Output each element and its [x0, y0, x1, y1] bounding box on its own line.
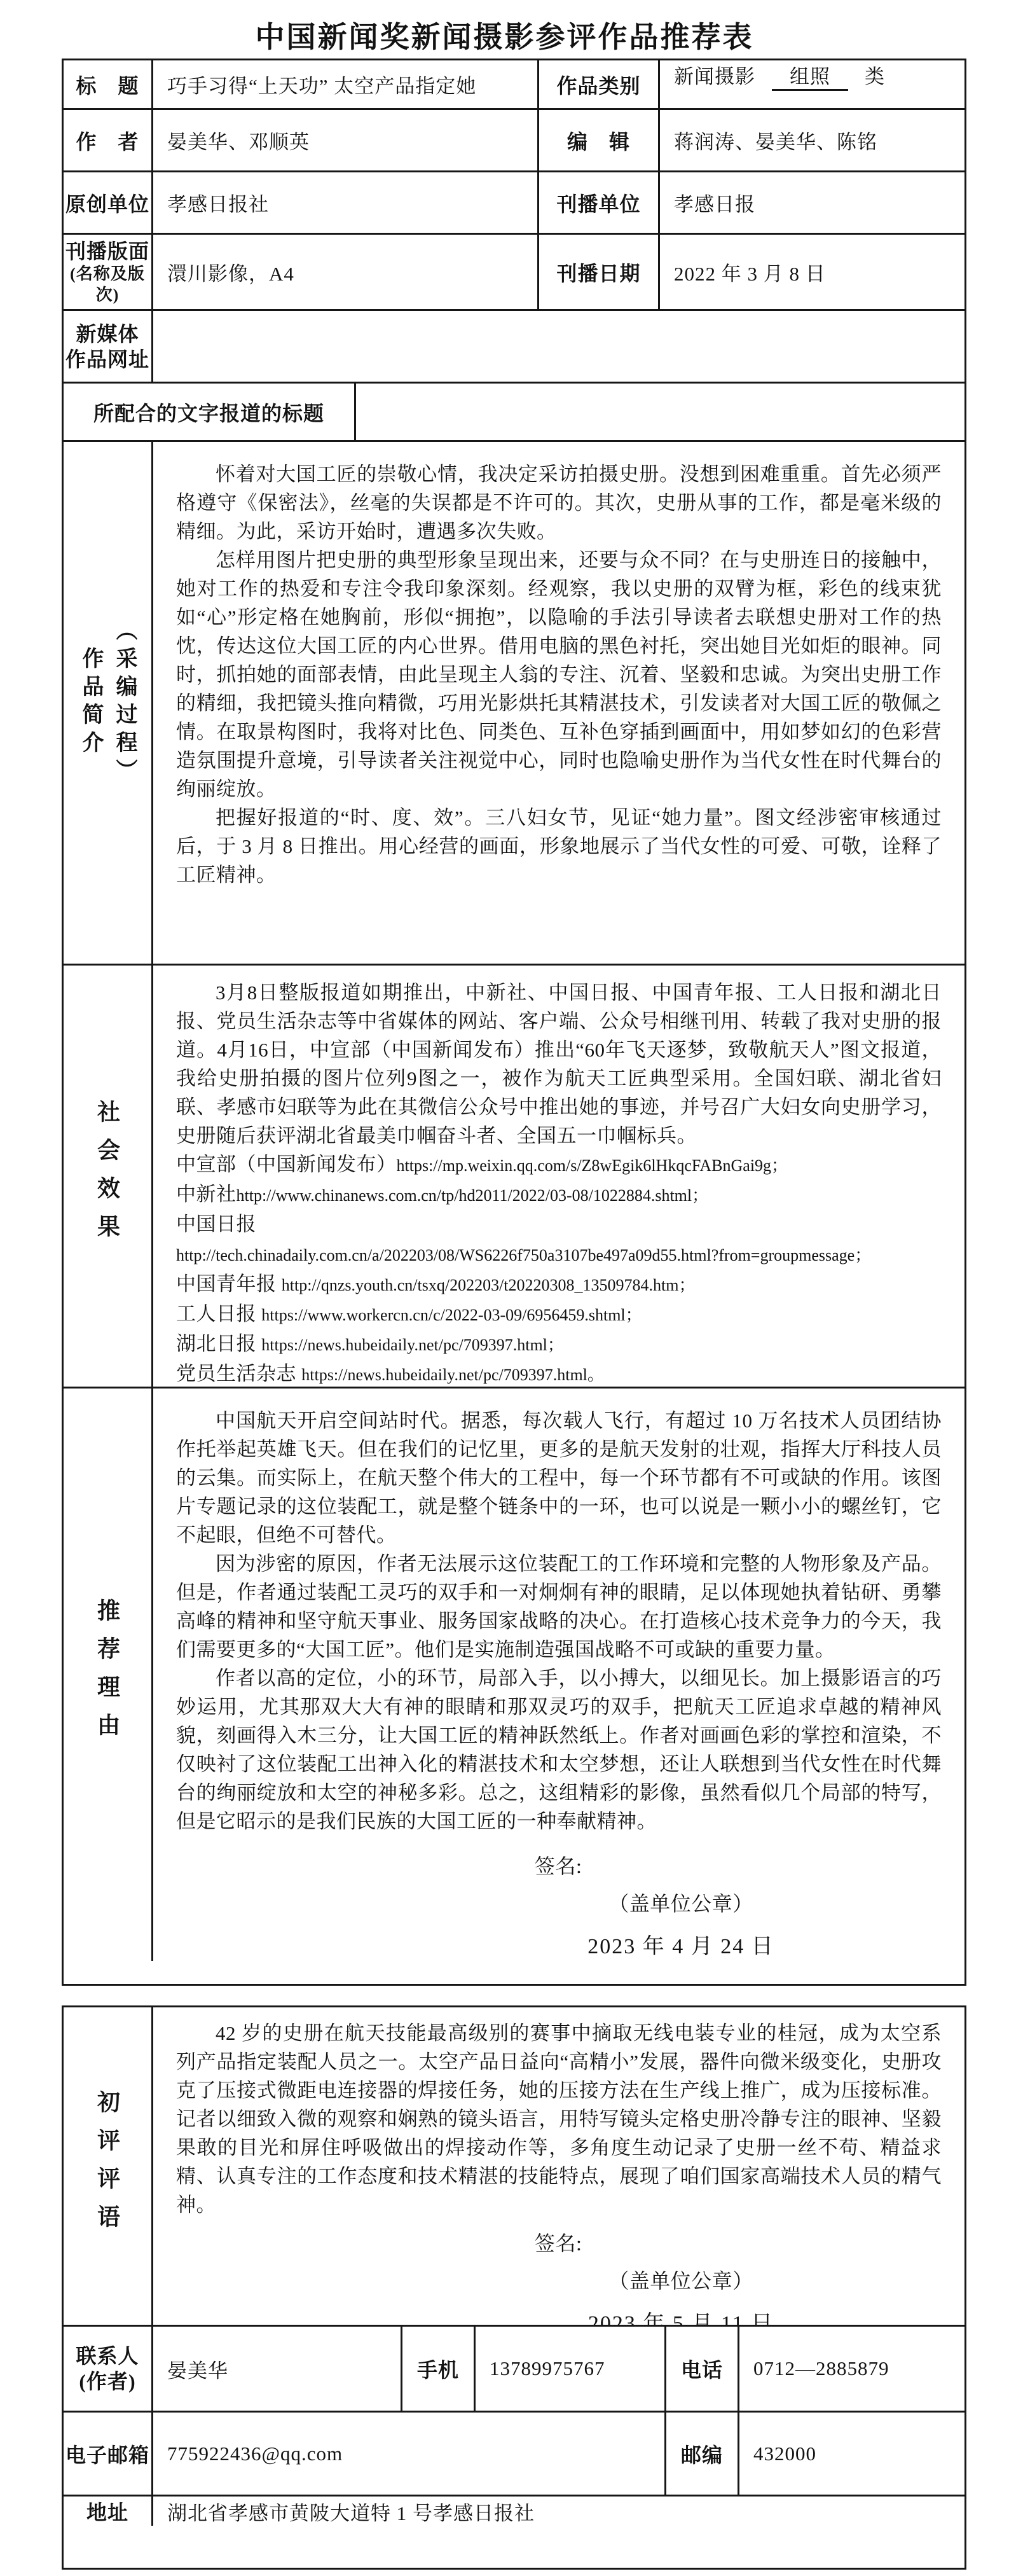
category-suffix: 类: [865, 60, 885, 89]
pub-date-value: 2022 年 3 月 8 日: [660, 235, 964, 309]
media-link-line: http://tech.chinadaily.com.cn/a/202203/0…: [176, 1240, 942, 1270]
media-link-url: https://news.hubeidaily.net/pc/709397.ht…: [261, 1336, 564, 1354]
signature-date: 2023 年 4 月 24 日: [535, 1932, 827, 1961]
newmedia-label-line1: 新媒体: [76, 321, 139, 347]
media-link-line: 湖北日报 https://news.hubeidaily.net/pc/7093…: [176, 1329, 942, 1359]
address-label: 地址: [64, 2496, 153, 2526]
recommendation-label-text: 推荐理由: [92, 1598, 124, 1751]
signature-label: 签名:: [535, 1852, 827, 1881]
editor-label: 编 辑: [539, 110, 660, 170]
row-newmedia: 新媒体 作品网址: [64, 311, 964, 384]
process-intro-paragraph: 怎样用图片把史册的典型形象呈现出来，还要与众不同？在与史册连日的接触中，她对工作…: [176, 546, 942, 803]
category-prefix: 新闻摄影: [674, 60, 755, 89]
media-link-url: http://www.chinanews.com.cn/tp/hd2011/20…: [237, 1186, 709, 1205]
media-link-line: 中国日报: [176, 1210, 942, 1240]
pub-unit-value: 孝感日报: [660, 172, 964, 233]
process-intro-label: 作品简介 （采编过程）: [64, 442, 153, 964]
zip-label: 邮编: [666, 2413, 739, 2495]
category-value: 新闻摄影 组照 类: [660, 60, 964, 108]
row-author: 作 者 晏美华、邓顺英 编 辑 蒋润涛、晏美华、陈铭: [64, 110, 964, 172]
media-link-label: 中宣部（中国新闻发布）: [176, 1153, 397, 1175]
author-value: 晏美华、邓顺英: [153, 110, 539, 170]
media-link-url: https://news.hubeidaily.net/pc/709397.ht…: [301, 1366, 604, 1384]
social-effect-label-text: 社会效果: [92, 1100, 124, 1252]
section-initial-review: 初评评语 42 岁的史册在航天技能最高级别的赛事中摘取无线电装专业的桂冠，成为太…: [64, 2007, 964, 2327]
media-link-label: 党员生活杂志: [176, 1362, 301, 1385]
section-social-effect: 社会效果 3月8日整版报道如期推出，中新社、中国日报、中国青年报、工人日报和湖北…: [64, 966, 964, 1388]
form-table-main: 标 题 巧手习得“上天功” 太空产品指定她 作品类别 新闻摄影 组照 类 作 者…: [62, 59, 966, 1986]
orig-unit-label: 原创单位: [64, 172, 153, 233]
newmedia-label-line2: 作品网址: [65, 347, 149, 372]
media-link-url: http://tech.chinadaily.com.cn/a/202203/0…: [176, 1246, 871, 1264]
initial-review-signature-block: 签名: （盖单位公章） 2023 年 5 月 11 日: [535, 2229, 827, 2325]
initial-review-label: 初评评语: [64, 2007, 153, 2325]
layout-value: 澴川影像，A4: [153, 235, 539, 309]
media-link-label: 中国青年报: [176, 1273, 282, 1295]
media-link-url: https://mp.weixin.qq.com/s/Z8wEgik6lHkqc…: [397, 1156, 788, 1175]
process-intro-label-left: 作品简介: [75, 647, 106, 759]
email-label: 电子邮箱: [64, 2413, 153, 2495]
recommendation-paragraph: 中国航天开启空间站时代。据悉，每次载人飞行，有超过 10 万名技术人员团结协作托…: [176, 1406, 942, 1549]
recommendation-label: 推荐理由: [64, 1388, 153, 1961]
contact-person-label-line1: 联系人: [76, 2343, 139, 2369]
social-effect-body: 3月8日整版报道如期推出，中新社、中国日报、中国青年报、工人日报和湖北日报、党员…: [153, 966, 964, 1387]
page-title: 中国新闻奖新闻摄影参评作品推荐表: [0, 14, 1009, 56]
section-recommendation: 推荐理由 中国航天开启空间站时代。据悉，每次载人飞行，有超过 10 万名技术人员…: [64, 1388, 964, 1961]
newmedia-value: [153, 311, 964, 382]
media-link-line: 中宣部（中国新闻发布）https://mp.weixin.qq.com/s/Z8…: [176, 1150, 942, 1180]
phone-label: 电话: [666, 2327, 739, 2411]
contact-person-label-line2: (作者): [79, 2369, 135, 2394]
title-value: 巧手习得“上天功” 太空产品指定她: [153, 60, 539, 108]
text-report-value: [356, 384, 964, 440]
orig-unit-value: 孝感日报社: [153, 172, 539, 233]
layout-label: 刊播版面 (名称及版次): [64, 235, 153, 309]
media-link-label: 中新社: [176, 1183, 237, 1205]
media-link-label: 工人日报: [176, 1303, 261, 1325]
mobile-value: 13789975767: [476, 2327, 666, 2411]
signature-date: 2023 年 5 月 11 日: [535, 2309, 827, 2325]
media-link-url: http://qnzs.youth.cn/tsxq/202203/t202203…: [282, 1276, 696, 1294]
section-process-intro: 作品简介 （采编过程） 怀着对大国工匠的崇敬心情，我决定采访拍摄史册。没想到困难…: [64, 442, 964, 966]
media-link-url: https://www.workercn.cn/c/2022-03-09/695…: [261, 1306, 642, 1324]
contact-person-value: 晏美华: [153, 2327, 402, 2411]
recommendation-paragraph: 因为涉密的原因，作者无法展示这位装配工的工作环境和完整的人物形象及产品。但是，作…: [176, 1549, 942, 1664]
media-link-label: 湖北日报: [176, 1333, 261, 1355]
row-layout-date: 刊播版面 (名称及版次) 澴川影像，A4 刊播日期 2022 年 3 月 8 日: [64, 235, 964, 311]
zip-value: 432000: [739, 2413, 964, 2495]
seal-note: （盖单位公章）: [535, 2267, 827, 2296]
social-effect-paragraph: 3月8日整版报道如期推出，中新社、中国日报、中国青年报、工人日报和湖北日报、党员…: [176, 978, 942, 1150]
editor-value: 蒋润涛、晏美华、陈铭: [660, 110, 964, 170]
row-text-report: 所配合的文字报道的标题: [64, 384, 964, 442]
initial-review-body: 42 岁的史册在航天技能最高级别的赛事中摘取无线电装专业的桂冠，成为太空系列产品…: [153, 2007, 964, 2325]
row-email: 电子邮箱 775922436@qq.com 邮编 432000: [64, 2413, 964, 2496]
pub-date-label: 刊播日期: [539, 235, 660, 309]
process-intro-paragraph: 怀着对大国工匠的崇敬心情，我决定采访拍摄史册。没想到困难重重。首先必须严格遵守《…: [176, 460, 942, 546]
contact-person-label: 联系人 (作者): [64, 2327, 153, 2411]
category-type: 组照: [772, 60, 848, 91]
address-value: 湖北省孝感市黄陂大道特 1 号孝感日报社: [153, 2496, 964, 2526]
media-link-line: 党员生活杂志 https://news.hubeidaily.net/pc/70…: [176, 1359, 942, 1387]
email-value: 775922436@qq.com: [153, 2413, 666, 2495]
layout-label-line2: (名称及版次): [64, 264, 151, 305]
author-label: 作 者: [64, 110, 153, 170]
form-table-secondary: 初评评语 42 岁的史册在航天技能最高级别的赛事中摘取无线电装专业的桂冠，成为太…: [62, 2005, 966, 2570]
newmedia-label: 新媒体 作品网址: [64, 311, 153, 382]
initial-review-label-text: 初评评语: [92, 2090, 124, 2243]
text-report-label: 所配合的文字报道的标题: [64, 384, 356, 440]
row-title: 标 题 巧手习得“上天功” 太空产品指定她 作品类别 新闻摄影 组照 类: [64, 60, 964, 110]
pub-unit-label: 刊播单位: [539, 172, 660, 233]
media-link-line: 中国青年报 http://qnzs.youth.cn/tsxq/202203/t…: [176, 1270, 942, 1299]
title-label: 标 题: [64, 60, 153, 108]
social-effect-label: 社会效果: [64, 966, 153, 1387]
recommendation-body: 中国航天开启空间站时代。据悉，每次载人飞行，有超过 10 万名技术人员团结协作托…: [153, 1388, 964, 1961]
signature-label: 签名:: [535, 2229, 827, 2258]
initial-review-paragraph: 42 岁的史册在航天技能最高级别的赛事中摘取无线电装专业的桂冠，成为太空系列产品…: [176, 2019, 942, 2219]
mobile-label: 手机: [402, 2327, 476, 2411]
media-link-label: 中国日报: [176, 1213, 256, 1235]
row-address: 地址 湖北省孝感市黄陂大道特 1 号孝感日报社: [64, 2496, 964, 2526]
row-contact: 联系人 (作者) 晏美华 手机 13789975767 电话 0712—2885…: [64, 2327, 964, 2413]
phone-value: 0712—2885879: [739, 2327, 964, 2411]
process-intro-paragraph: 把握好报道的“时、度、效”。三八妇女节，见证“她力量”。图文经涉密审核通过后，于…: [176, 803, 942, 889]
media-link-line: 工人日报 https://www.workercn.cn/c/2022-03-0…: [176, 1299, 942, 1329]
row-units: 原创单位 孝感日报社 刊播单位 孝感日报: [64, 172, 964, 235]
seal-note: （盖单位公章）: [535, 1890, 827, 1918]
recommendation-paragraph: 作者以高的定位，小的环节，局部入手，以小搏大，以细见长。加上摄影语言的巧妙运用，…: [176, 1664, 942, 1836]
layout-label-line1: 刊播版面: [65, 239, 149, 264]
process-intro-body: 怀着对大国工匠的崇敬心情，我决定采访拍摄史册。没想到困难重重。首先必须严格遵守《…: [153, 442, 964, 964]
media-link-line: 中新社http://www.chinanews.com.cn/tp/hd2011…: [176, 1180, 942, 1210]
recommendation-signature-block: 签名: （盖单位公章） 2023 年 4 月 24 日: [535, 1852, 827, 1961]
process-intro-label-right: （采编过程）: [109, 619, 140, 787]
category-label: 作品类别: [539, 60, 660, 108]
